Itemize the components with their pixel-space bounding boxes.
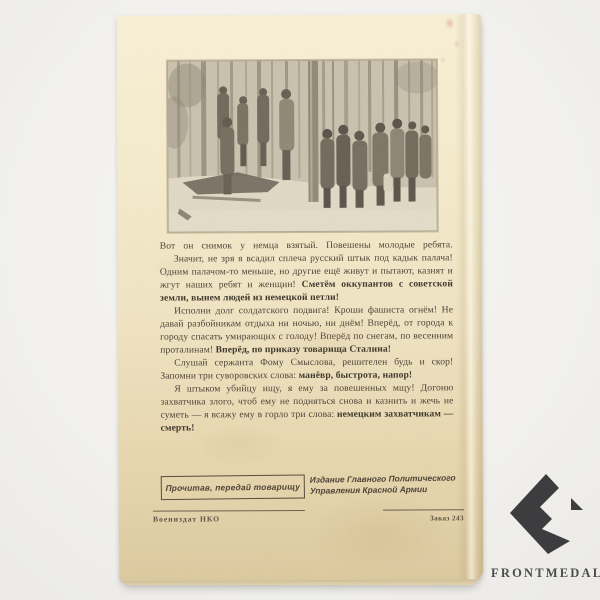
paper-fold-crease [455, 14, 483, 579]
paper-grain [117, 14, 483, 581]
frontmedal-brand-text: FRONTMEDAL [491, 566, 600, 581]
leaflet-page: Вот он снимок у немца взятый. Повешены м… [117, 14, 483, 581]
product-photo-page: { "scene": { "backdrop_color": "#f1f0ed"… [0, 0, 600, 600]
frontmedal-logo-icon [503, 470, 591, 562]
frontmedal-watermark: FRONTMEDAL [491, 470, 600, 581]
